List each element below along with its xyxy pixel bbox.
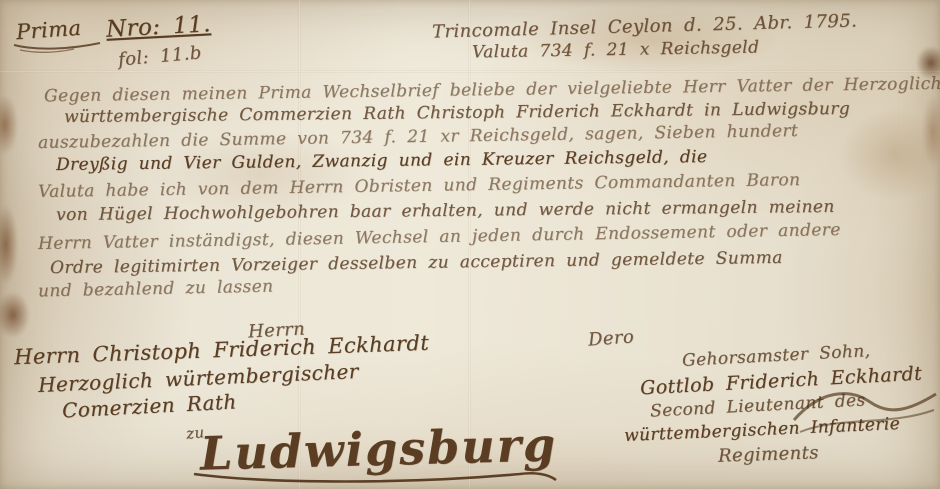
body-line: Ordre legitimirten Vorzeiger desselben z… (50, 248, 783, 278)
address-city: Ludwigsburg (199, 417, 557, 480)
address-line: Herrn Christoph Friderich Eckhardt (14, 331, 430, 369)
signature-line: Regiments (718, 442, 820, 467)
reference-number: Nro: 11. (105, 11, 211, 42)
body-line: Valuta habe ich von dem Herrn Obristen u… (38, 170, 801, 202)
signature-dero: Dero (587, 326, 634, 350)
dateline-place-date: Trincomale Insel Ceylon d. 25. Abr. 1795… (432, 10, 858, 42)
reference-prima: Prima (15, 16, 82, 44)
ink-smudge (0, 95, 18, 155)
body-line: und bezahlend zu lassen (38, 277, 274, 302)
paper-stain (840, 110, 940, 200)
ink-smudge (0, 292, 30, 338)
ink-smudge (0, 205, 18, 285)
reference-folio: fol: 11.b (117, 42, 202, 70)
ink-smudge (922, 96, 940, 166)
manuscript-page: Prima Nro: 11. fol: 11.b Trincomale Inse… (0, 0, 940, 489)
dateline-valuta: Valuta 734 f. 21 x Reichsgeld (472, 37, 760, 62)
paper-fold-horizontal (0, 70, 940, 73)
body-line: Dreyßig und Vier Gulden, Zwanzig und ein… (56, 147, 708, 175)
body-line: von Hügel Hochwohlgebohren baar erhalten… (56, 197, 835, 225)
